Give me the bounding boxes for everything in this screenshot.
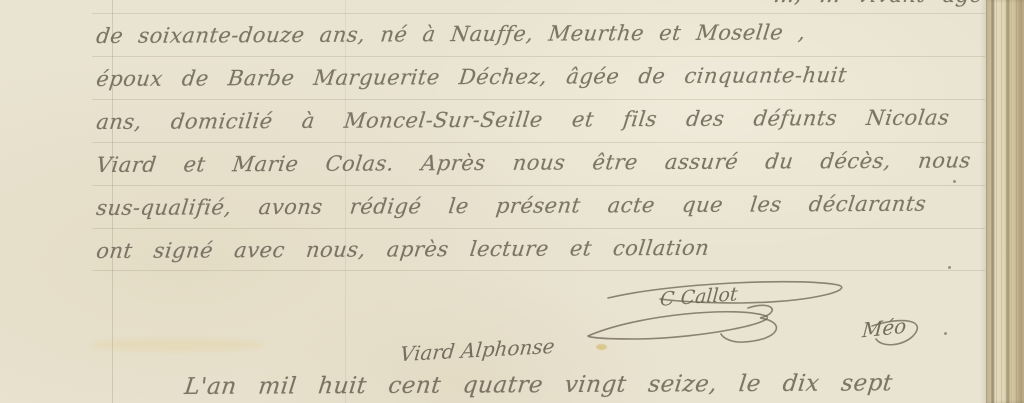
page-binding-edge: [986, 0, 1024, 403]
signature-viard-alphonse: Viard Alphonse: [399, 334, 556, 366]
manuscript-line-top-partial: …, … vivant âgé: [772, 0, 984, 7]
manuscript-line-5: sus-qualifié, avons rédigé le présent ac…: [95, 192, 928, 220]
manuscript-line-2: époux de Barbe Marguerite Déchez, âgée d…: [95, 63, 848, 91]
paper-stain: [90, 338, 265, 352]
manuscript-page: …, … vivant âgé de soixante-douze ans, n…: [0, 0, 1024, 403]
paper-stain-small: [596, 344, 607, 350]
ruling-line: [92, 56, 985, 57]
ruling-line: [92, 99, 985, 100]
paper-speck: [953, 180, 956, 183]
manuscript-line-6: ont signé avec nous, après lecture et co…: [95, 236, 711, 263]
signature-meo: Méo: [861, 314, 907, 343]
ruling-line: [92, 270, 985, 271]
paper-speck: [944, 332, 947, 335]
manuscript-line-next-act-partial: L'an mil huit cent quatre vingt seize, l…: [183, 370, 894, 400]
ruling-line: [92, 142, 985, 143]
ruling-line: [92, 185, 985, 186]
ruling-line: [92, 228, 985, 229]
manuscript-line-4: Viard et Marie Colas. Après nous être as…: [95, 148, 972, 177]
ruling-line: [92, 13, 985, 14]
manuscript-line-3: ans, domicilié à Moncel-Sur-Seille et fi…: [95, 106, 951, 134]
paper-speck: [948, 266, 951, 269]
signature-flourish-strokes: [580, 276, 1020, 386]
manuscript-line-1: de soixante-douze ans, né à Nauffe, Meur…: [95, 20, 807, 48]
